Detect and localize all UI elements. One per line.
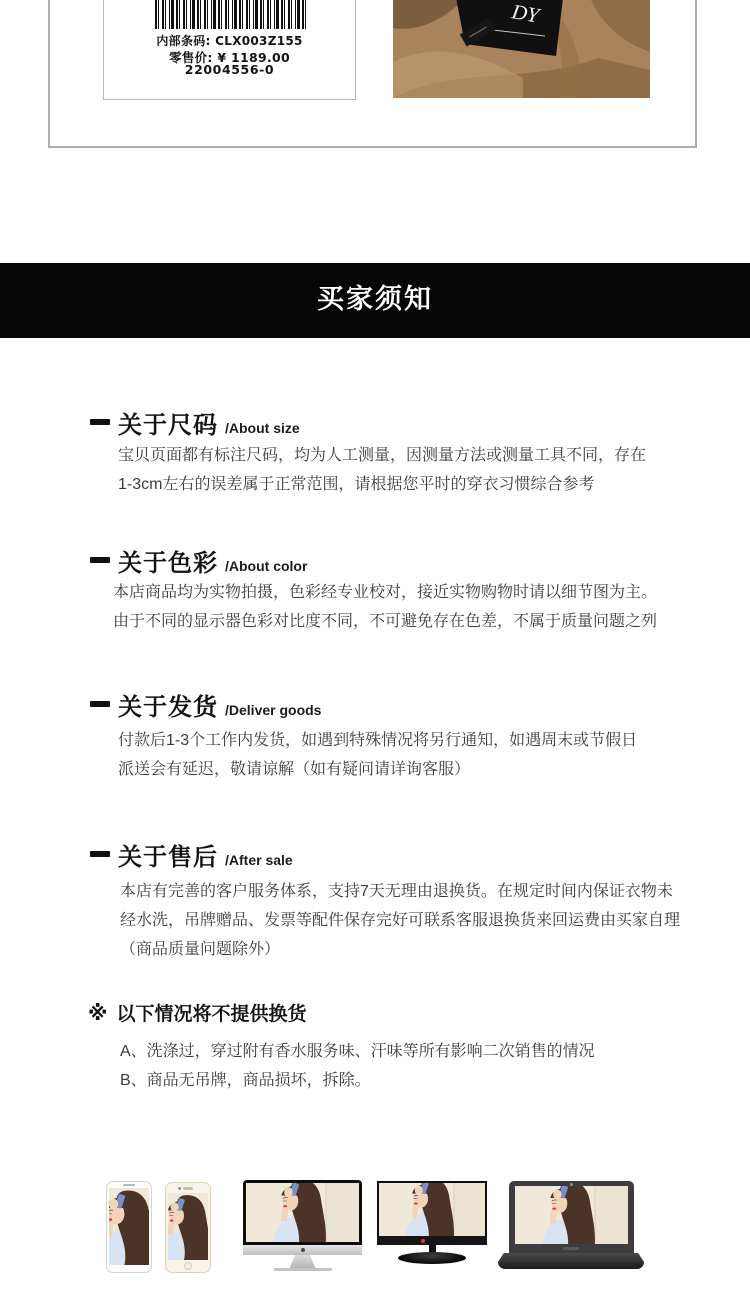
lg-logo-icon [421, 1239, 425, 1243]
section-subtitle: /About color [225, 558, 307, 574]
imac-stand [290, 1255, 316, 1268]
section-title: 关于尺码 [118, 412, 218, 439]
reference-mark-icon: ※ [88, 1003, 107, 1025]
internal-barcode-text: 内部条码: CLX003Z155 [104, 32, 355, 49]
body-line: 由于不同的显示器色彩对比度不同，不可避免存在色差，不属于质量问题之列 [113, 607, 713, 636]
model-photo [246, 1183, 359, 1242]
barcode-image [155, 0, 308, 29]
body-line: 派送会有延迟，敬请谅解（如有疑问请详询客服） [118, 755, 718, 784]
section-subtitle: /About size [225, 420, 300, 436]
product-detail-page: 内部条码: CLX003Z155 零售价: ¥ 1189.00 22004556… [0, 0, 750, 1310]
laptop-lid [509, 1181, 634, 1253]
notice-item: A、洗涤过，穿过附有香水服务味、汗味等所有影响二次销售的情况 [120, 1037, 720, 1066]
section-size-heading: 关于尺码/About size [118, 405, 300, 440]
iphone-screen [168, 1193, 208, 1260]
laptop-base [498, 1253, 644, 1269]
model-photo [168, 1193, 208, 1260]
body-line: 本店有完善的客户服务体系，支持7天无理由退换货。在规定时间内保证衣物未 [120, 877, 720, 906]
fabric-label-photo: DY [393, 0, 650, 98]
laptop-screen [515, 1186, 628, 1244]
section-color-heading: 关于色彩/About color [118, 543, 307, 578]
section-aftersale-body: 本店有完善的客户服务体系，支持7天无理由退换货。在规定时间内保证衣物未 经水洗，… [120, 877, 720, 964]
no-exchange-title: 以下情况将不提供换货 [116, 1004, 306, 1025]
webcam-icon [570, 1183, 573, 1186]
model-photo [109, 1188, 149, 1265]
laptop-bottom-edge [498, 1262, 644, 1269]
imac-screen [243, 1180, 362, 1245]
phone-camera-icon [178, 1187, 181, 1190]
device-iphone [165, 1182, 211, 1273]
body-line: 1-3cm左右的误差属于正常范围，请根据您平时的穿衣习惯综合参考 [118, 470, 718, 499]
body-line: 宝贝页面都有标注尺码，均为人工测量，因测量方法或测量工具不同，存在 [118, 441, 718, 470]
body-line: （商品质量问题除外） [120, 935, 720, 964]
body-line: 经水洗，吊牌赠品、发票等配件保存完好可联系客服退换货来回运费由买家自理 [120, 906, 720, 935]
section-delivery-body: 付款后1-3个工作内发货，如遇到特殊情况将另行通知，如遇周末或节假日 派送会有延… [118, 726, 718, 784]
apple-logo-icon [301, 1248, 305, 1252]
banner-title: 买家须知 [0, 263, 750, 338]
monitor-screen [377, 1181, 487, 1236]
device-android-phone [106, 1181, 152, 1273]
android-phone-screen [109, 1188, 149, 1265]
monitor-bezel-bar [377, 1236, 487, 1245]
body-line: 付款后1-3个工作内发货，如遇到特殊情况将另行通知，如遇周末或节假日 [118, 726, 718, 755]
section-title: 关于发货 [118, 694, 218, 721]
phone-speaker-icon [123, 1184, 135, 1186]
buyer-notice-banner: 买家须知 [0, 263, 750, 338]
monitor-base [398, 1252, 466, 1264]
device-laptop [498, 1181, 644, 1269]
tag-code-text: 22004556-0 [104, 62, 355, 77]
dash-bullet-icon [90, 557, 110, 563]
section-title: 关于售后 [118, 844, 218, 871]
model-photo [379, 1183, 485, 1236]
notice-item: B、商品无吊牌，商品损坏，拆除。 [120, 1066, 720, 1095]
imac-chin [243, 1245, 362, 1255]
fabric-illustration: DY [393, 0, 650, 98]
price-tag-card: 内部条码: CLX003Z155 零售价: ¥ 1189.00 22004556… [103, 0, 356, 100]
imac-base [274, 1268, 332, 1271]
dash-bullet-icon [90, 701, 110, 707]
body-line: 本店商品均为实物拍摄，色彩经专业校对，接近实物购物时请以细节图为主。 [113, 578, 713, 607]
section-aftersale-heading: 关于售后/After sale [118, 837, 293, 872]
section-subtitle: /After sale [225, 852, 293, 868]
model-photo [515, 1186, 628, 1244]
no-exchange-heading: ※以下情况将不提供换货 [88, 999, 306, 1026]
laptop-brand-badge [563, 1247, 579, 1250]
laptop-hinge [498, 1253, 644, 1262]
section-subtitle: /Deliver goods [225, 702, 321, 718]
device-imac [243, 1180, 362, 1271]
dash-bullet-icon [90, 851, 110, 857]
dash-bullet-icon [90, 419, 110, 425]
section-delivery-heading: 关于发货/Deliver goods [118, 687, 321, 722]
section-color-body: 本店商品均为实物拍摄，色彩经专业校对，接近实物购物时请以细节图为主。 由于不同的… [113, 578, 713, 636]
section-size-body: 宝贝页面都有标注尺码，均为人工测量，因测量方法或测量工具不同，存在 1-3cm左… [118, 441, 718, 499]
phone-speaker-icon [183, 1187, 193, 1190]
section-title: 关于色彩 [118, 550, 218, 577]
device-monitor [377, 1181, 487, 1264]
no-exchange-items: A、洗涤过，穿过附有香水服务味、汗味等所有影响二次销售的情况 B、商品无吊牌，商… [120, 1037, 720, 1095]
home-button-icon [184, 1262, 192, 1270]
